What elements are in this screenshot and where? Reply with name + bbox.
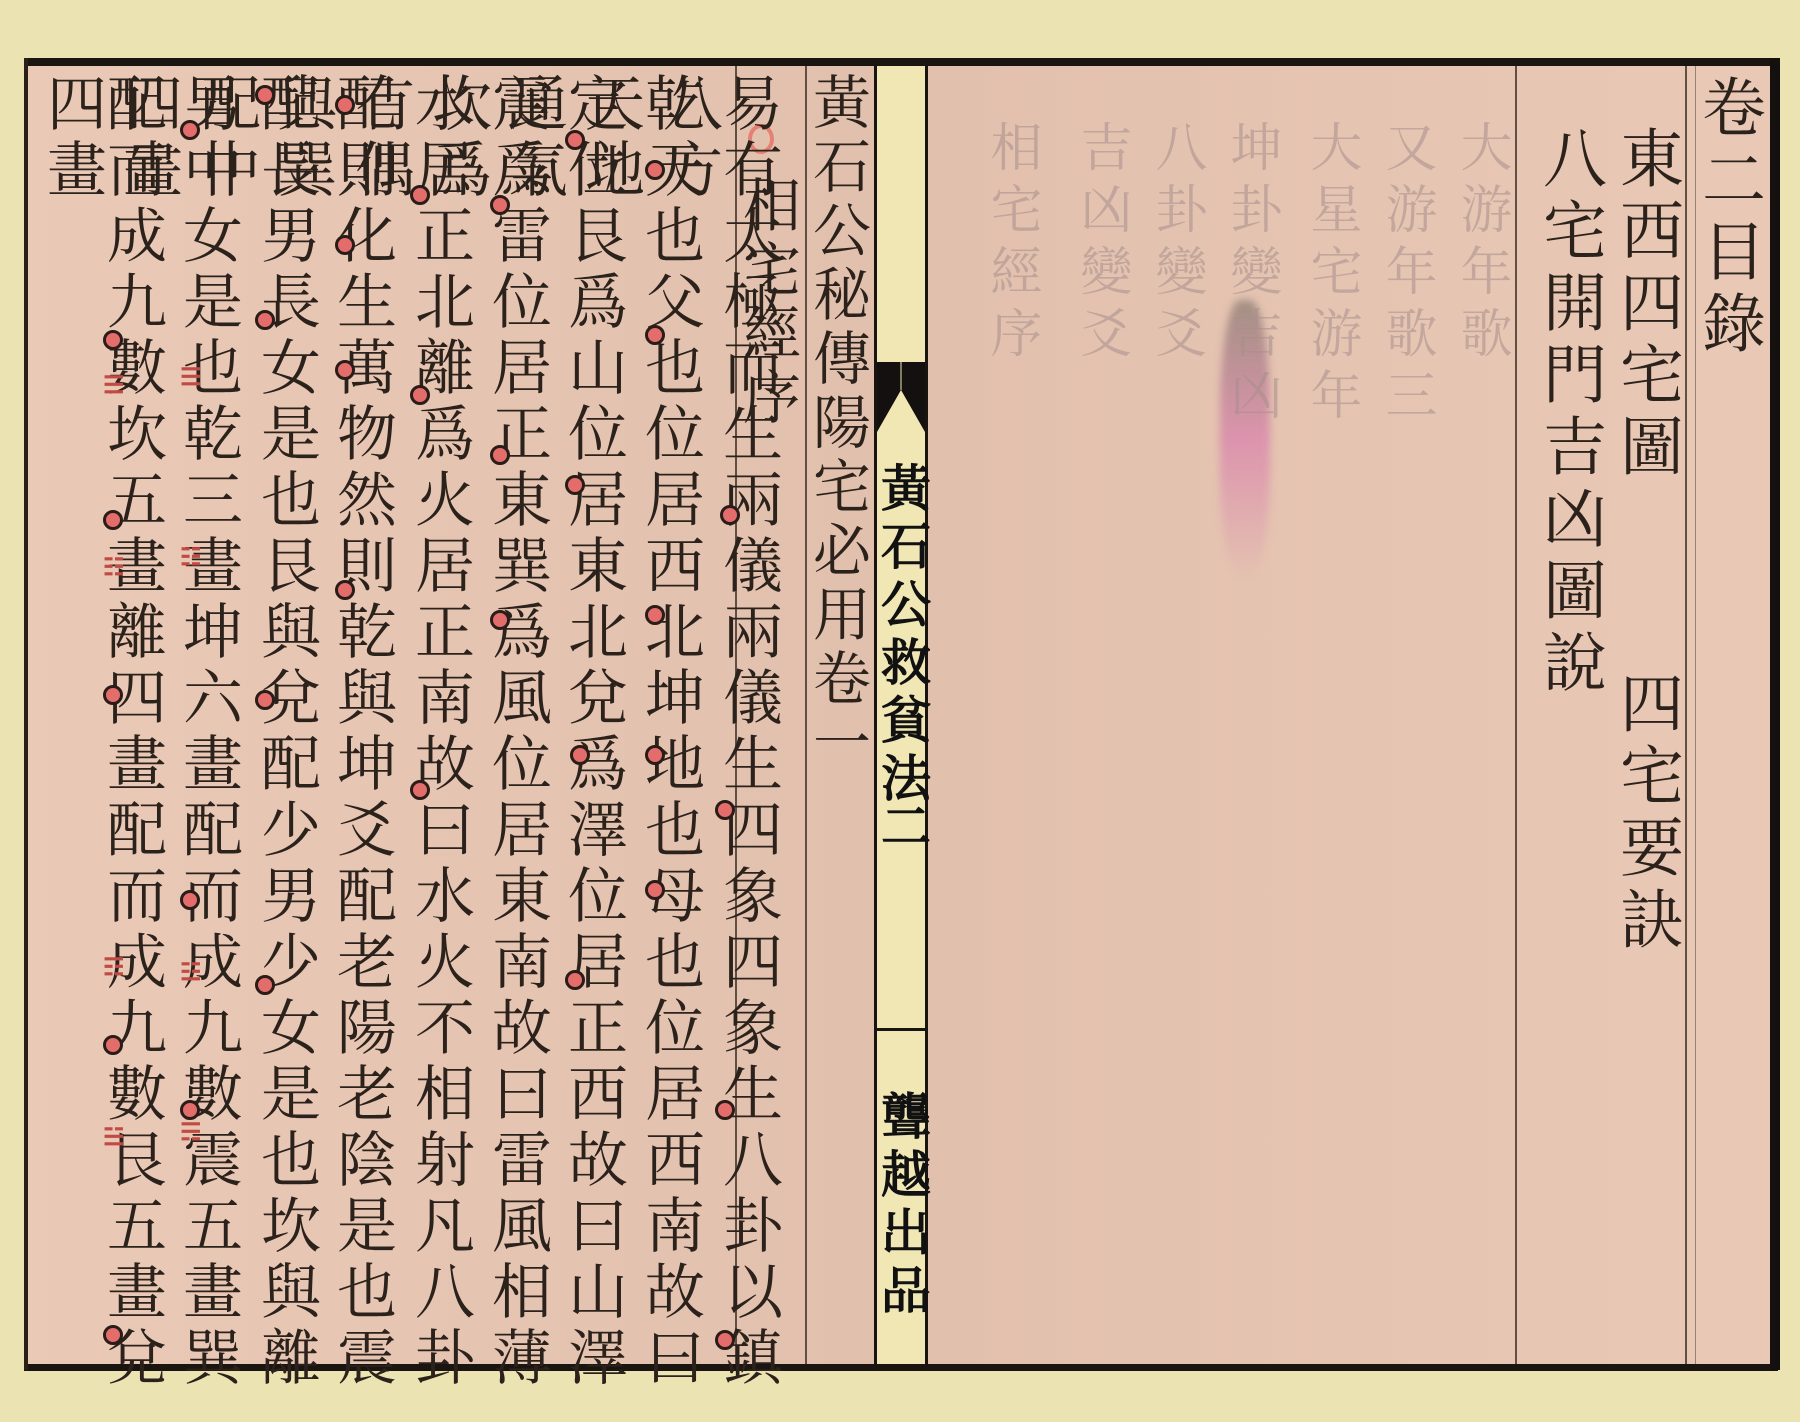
punctuation-mark (720, 505, 740, 525)
toc-title: 卷二目錄 (1696, 74, 1760, 362)
punctuation-mark (715, 800, 735, 820)
column-rule (1515, 66, 1517, 1364)
punctuation-mark (410, 385, 430, 405)
body-column-9: 配而成九數坎五畫離四畫配而成九數艮五畫兌四畫 (42, 72, 162, 1422)
punctuation-mark (335, 95, 355, 115)
punctuation-mark (570, 745, 590, 765)
page-border-left (24, 58, 28, 1370)
punctuation-mark (255, 690, 275, 710)
punctuation-mark (410, 185, 430, 205)
punctuation-mark (335, 360, 355, 380)
trigram-mark: ☷ (180, 545, 202, 569)
toc-entry-3: 四宅要訣 (1614, 670, 1678, 958)
spine-publisher: 聾越出品 (877, 1090, 927, 1322)
trigram-mark: ☴ (180, 1120, 202, 1144)
bleed-through-text: 八卦變爻 (1150, 120, 1202, 368)
punctuation-mark (255, 85, 275, 105)
bleed-through-text: 吉凶變爻 (1075, 120, 1127, 368)
trigram-mark: ☳ (180, 960, 202, 984)
punctuation-mark (180, 890, 200, 910)
trigram-mark: ☶ (103, 955, 125, 979)
punctuation-mark (490, 195, 510, 215)
punctuation-mark (255, 310, 275, 330)
spine-volume: 二 (877, 800, 927, 858)
punctuation-mark (645, 745, 665, 765)
punctuation-mark (103, 685, 123, 705)
punctuation-mark (565, 130, 585, 150)
bleed-through-text: 坤卦變吉凶 (1225, 120, 1277, 430)
punctuation-mark (103, 1035, 123, 1055)
page-border-top (24, 58, 1778, 66)
punctuation-mark (715, 1330, 735, 1350)
punctuation-mark (645, 325, 665, 345)
punctuation-mark (645, 605, 665, 625)
toc-entry-1: 東西四宅圖 (1614, 125, 1678, 485)
punctuation-mark (565, 970, 585, 990)
trigram-mark: ☰ (180, 365, 202, 389)
punctuation-mark (490, 610, 510, 630)
punctuation-mark (410, 780, 430, 800)
punctuation-mark (103, 1325, 123, 1345)
punctuation-mark (180, 120, 200, 140)
page-border-right (1770, 58, 1780, 1370)
fishtail-mark-icon (877, 362, 925, 432)
trigram-mark: ☷ (103, 555, 125, 579)
left-page-title: 黃石公秘傳陽宅必用卷一 (808, 72, 866, 776)
bleed-through-text: 又游年歌三 (1380, 120, 1432, 430)
punctuation-mark (335, 580, 355, 600)
bleed-through-text: 大游年歌 (1455, 120, 1507, 368)
punctuation-mark (645, 880, 665, 900)
column-rule (1685, 66, 1687, 1364)
punctuation-mark (565, 475, 585, 495)
trigram-mark: ☱ (103, 1125, 125, 1149)
spine-title: 黃石公救貧法 (877, 462, 927, 810)
trigram-mark: ☰ (103, 373, 125, 397)
punctuation-mark (335, 235, 355, 255)
punctuation-mark (255, 975, 275, 995)
punctuation-mark (103, 510, 123, 530)
punctuation-mark (715, 1100, 735, 1120)
punctuation-mark (490, 445, 510, 465)
bleed-through-text: 相宅經序 (985, 120, 1037, 368)
punctuation-mark (645, 160, 665, 180)
toc-entry-2: 八宅開門吉凶圖說 (1537, 125, 1601, 701)
bleed-through-text: 大星宅游年 (1305, 120, 1357, 430)
spine-divider (877, 1028, 925, 1031)
punctuation-mark (103, 330, 123, 350)
